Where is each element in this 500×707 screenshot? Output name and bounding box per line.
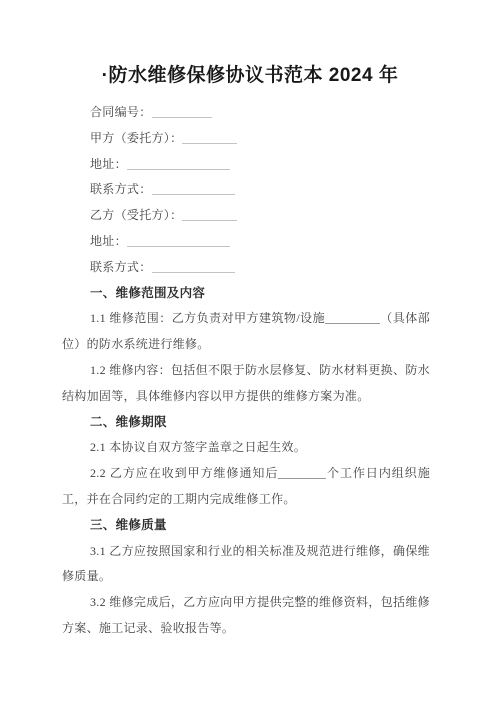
document-body: 合同编号： 甲方（委托方）： 地址： 联系方式： 乙方（受托方）： 地址： 联系… [0,100,500,642]
document-page: ·防水维修保修协议书范本 2024 年 合同编号： 甲方（委托方）： 地址： 联… [0,0,500,707]
field-label: 地址： [90,234,127,248]
section-heading-1: 一、维修范围及内容 [62,281,430,307]
form-line-contract-number: 合同编号： [62,100,430,126]
blank-underline [152,259,235,273]
blank-underline [325,310,380,324]
blank-underline [127,156,230,170]
blank-underline [182,207,237,221]
clause-text: 1.1 维修范围：乙方负责对甲方建筑物/设施 [90,311,325,325]
form-line-party-a: 甲方（委托方）： [62,126,430,152]
clause-text: 2.2 乙方应在收到甲方维修通知后 [90,466,278,480]
form-line-address-a: 地址： [62,152,430,178]
field-label: 甲方（委托方）： [90,131,182,145]
form-line-party-b: 乙方（受托方）： [62,203,430,229]
document-title: ·防水维修保修协议书范本 2024 年 [0,0,500,90]
clause-3-1: 3.1 乙方应按照国家和行业的相关标准及规范进行维修，确保维修质量。 [62,539,430,591]
field-label: 乙方（受托方）： [90,208,182,222]
clause-text: 1.2 维修内容：包括但不限于防水层修复、防水材料更换、防水结构加固等，具体维修… [62,363,430,403]
blank-underline [278,465,326,479]
field-label: 合同编号： [90,105,152,119]
clause-text: 3.1 乙方应按照国家和行业的相关标准及规范进行维修，确保维修质量。 [62,544,430,584]
section-heading-3: 三、维修质量 [62,513,430,539]
clause-1-2: 1.2 维修内容：包括但不限于防水层修复、防水材料更换、防水结构加固等，具体维修… [62,358,430,410]
section-heading-2: 二、维修期限 [62,410,430,436]
clause-2-1: 2.1 本协议自双方签字盖章之日起生效。 [62,435,430,461]
clause-text: 2.1 本协议自双方签字盖章之日起生效。 [90,440,306,454]
clause-2-2: 2.2 乙方应在收到甲方维修通知后个工作日内组织施工，并在合同约定的工期内完成维… [62,461,430,513]
blank-underline [127,233,230,247]
blank-underline [182,130,237,144]
form-line-contact-b: 联系方式： [62,255,430,281]
field-label: 地址： [90,157,127,171]
form-line-address-b: 地址： [62,229,430,255]
clause-1-1: 1.1 维修范围：乙方负责对甲方建筑物/设施（具体部位）的防水系统进行维修。 [62,306,430,358]
blank-underline [152,181,235,195]
clause-3-2: 3.2 维修完成后，乙方应向甲方提供完整的维修资料，包括维修方案、施工记录、验收… [62,590,430,642]
form-line-contact-a: 联系方式： [62,177,430,203]
blank-underline [152,104,212,118]
field-label: 联系方式： [90,260,152,274]
field-label: 联系方式： [90,182,152,196]
clause-text: 3.2 维修完成后，乙方应向甲方提供完整的维修资料，包括维修方案、施工记录、验收… [62,595,430,635]
